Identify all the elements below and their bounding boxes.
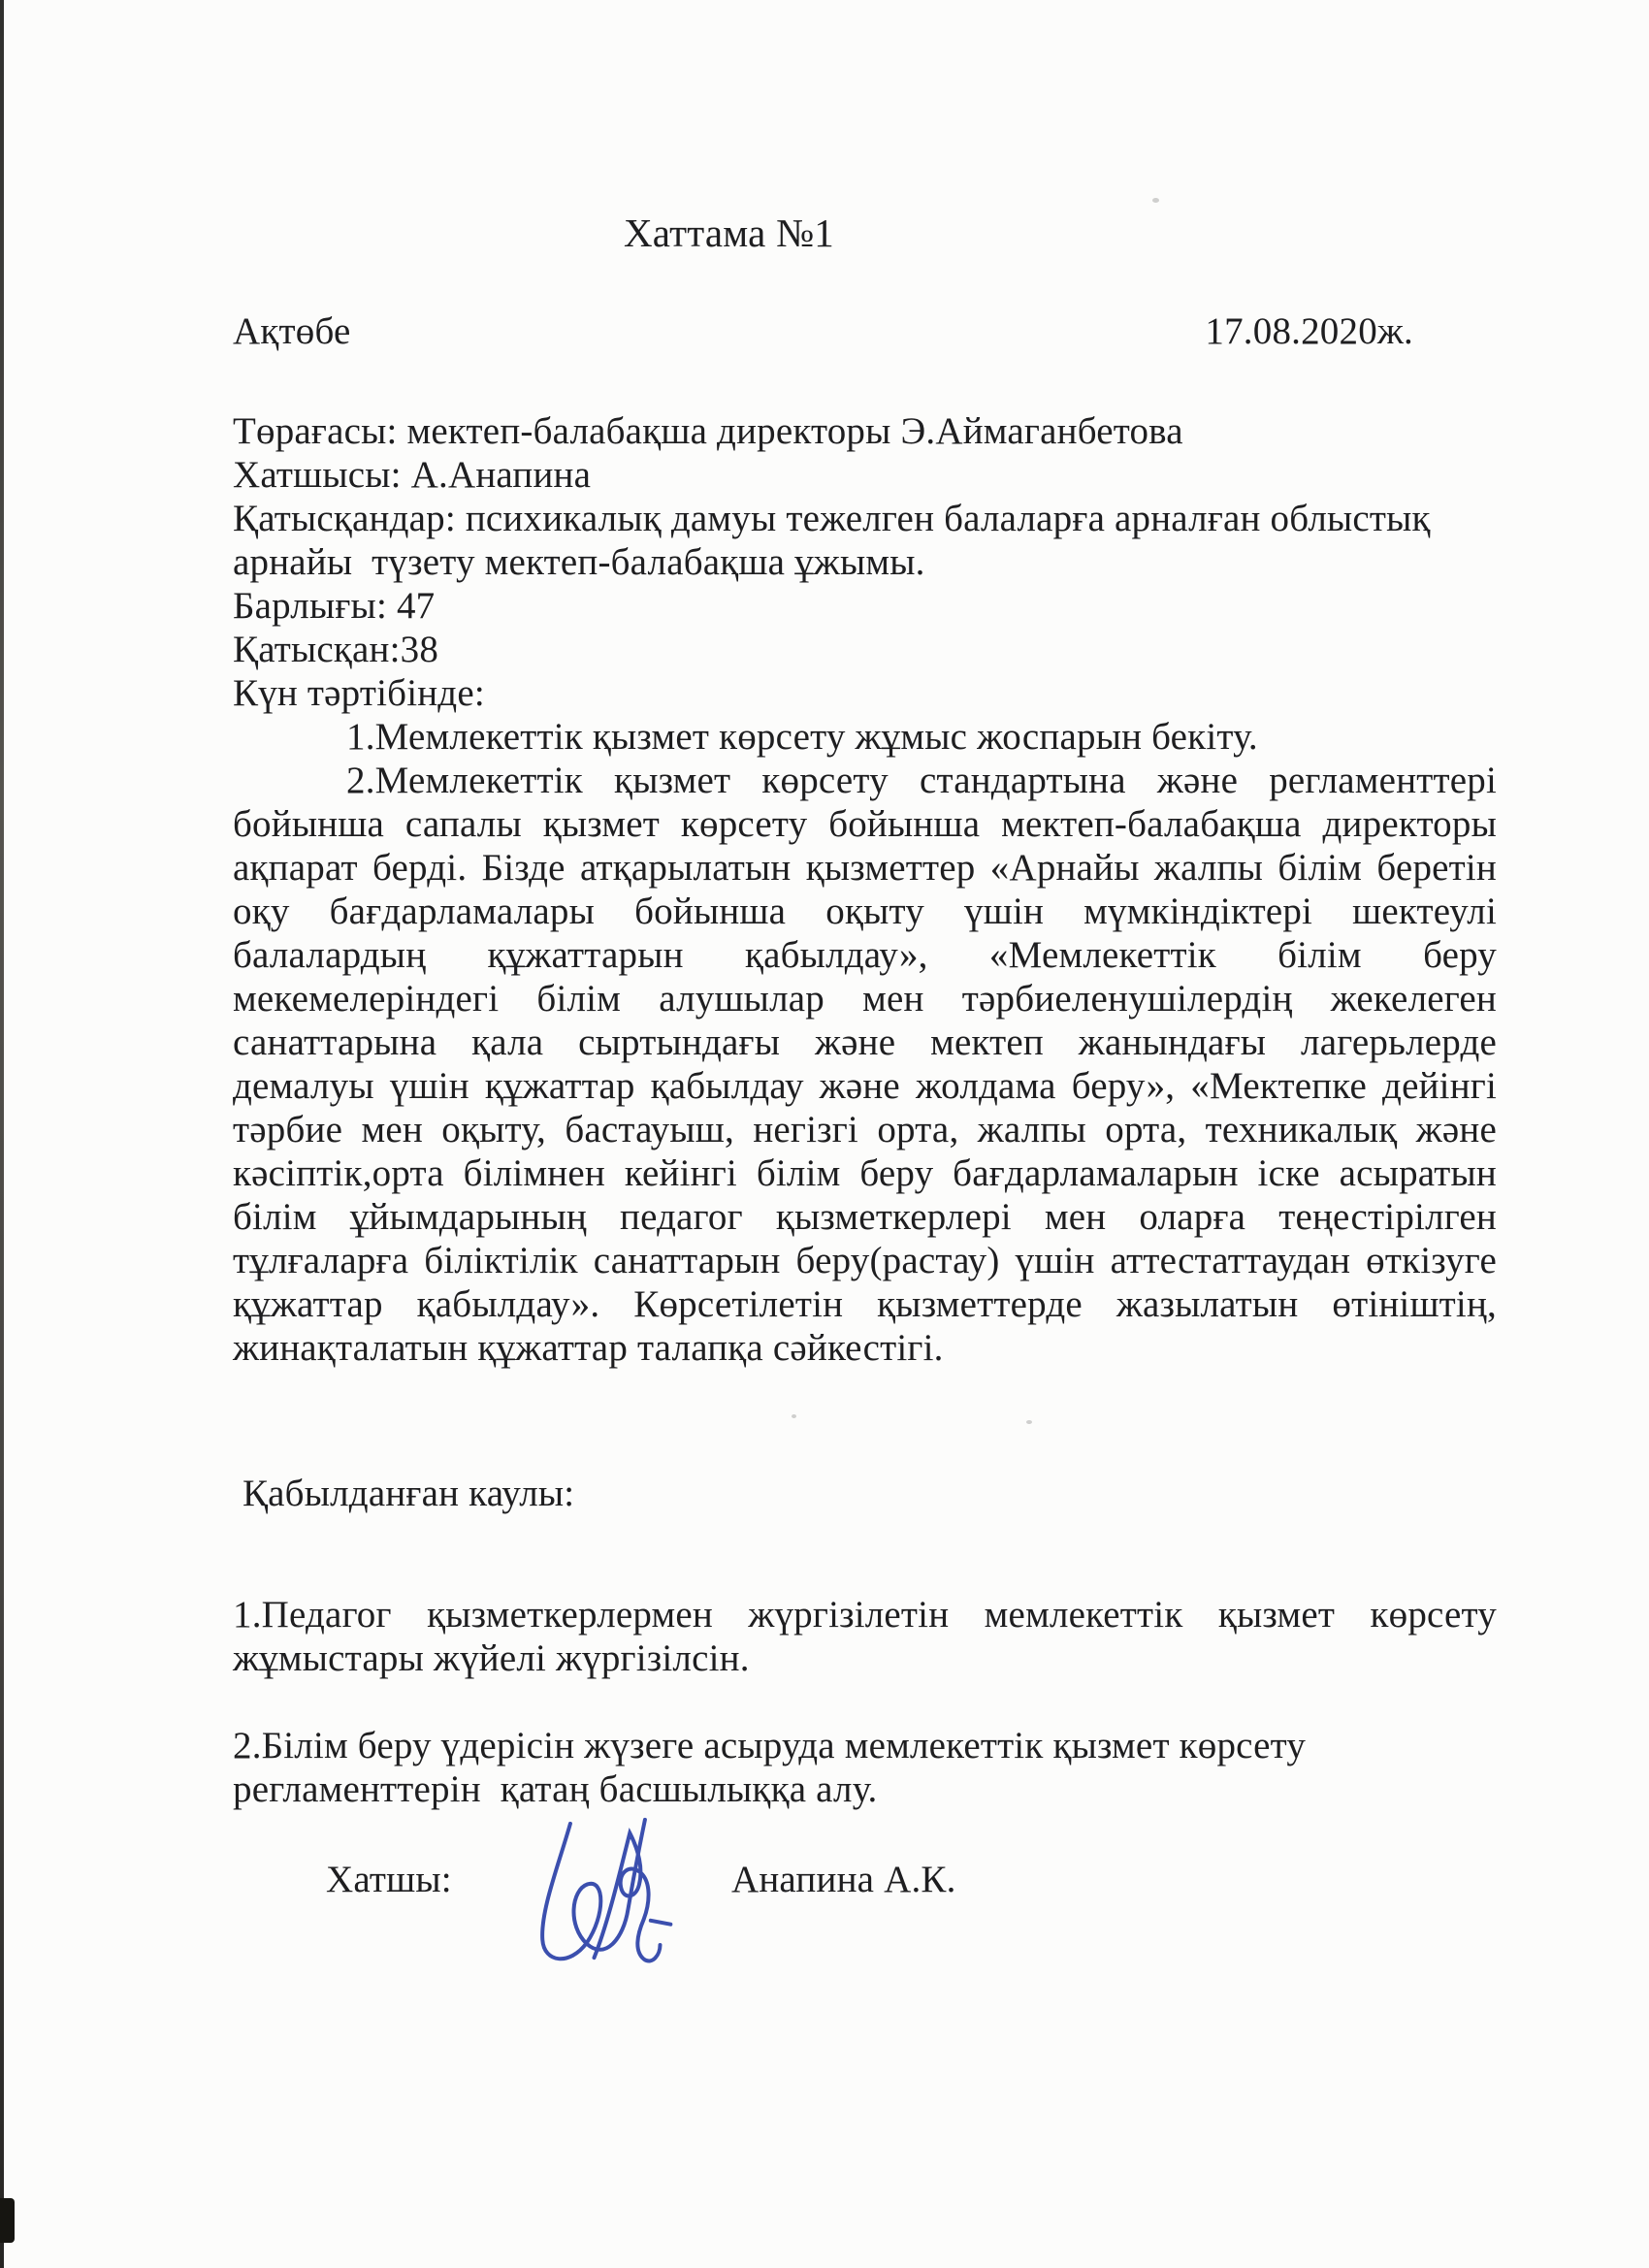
document-title: Хаттама №1 <box>233 210 1497 256</box>
city-date-row: Ақтөбе 17.08.2020ж. <box>233 309 1497 353</box>
document-content: Хаттама №1 Ақтөбе 17.08.2020ж. Төрағасы:… <box>233 0 1497 2042</box>
signature-ink <box>515 1799 688 1994</box>
total-count-line: Барлығы: 47 <box>233 584 1497 628</box>
secretary-line: Хатшысы: А.Анапина <box>233 453 1497 497</box>
city-label: Ақтөбе <box>233 309 351 353</box>
resolution-item-1: 1.Педагог қызметкерлермен жүргізілетін м… <box>233 1593 1497 1680</box>
participants-line-1: Қатысқандар: психикалық дамуы тежелген б… <box>233 497 1497 540</box>
chairman-line: Төрағасы: мектеп-балабақша директоры Э.А… <box>233 409 1497 453</box>
scan-corner-artifact <box>0 2198 15 2243</box>
agenda-item-2: 2.Мемлекеттік қызмет көрсету стандартына… <box>233 759 1497 1370</box>
agenda-item-1: 1.Мемлекеттік қызмет көрсету жұмыс жоспа… <box>233 715 1497 759</box>
scan-edge-artifact <box>0 0 4 2268</box>
attended-count-line: Қатысқан:38 <box>233 628 1497 671</box>
protocol-header-block: Төрағасы: мектеп-балабақша директоры Э.А… <box>233 409 1497 715</box>
date-label: 17.08.2020ж. <box>1205 309 1413 353</box>
agenda-heading: Күн тәртібінде: <box>233 671 1497 715</box>
resolution-item-2: 2.Білім беру үдерісін жүзеге асыруда мем… <box>233 1724 1497 1811</box>
secretary-signature-label: Хатшы: <box>326 1858 452 1901</box>
resolution-heading: Қабылданған каулы: <box>233 1472 1497 1515</box>
participants-line-2: арнайы түзету мектеп-балабақша ұжымы. <box>233 540 1497 584</box>
signature-row: Хатшы: Анапина А.К. <box>233 1858 1497 2042</box>
document-page: Хаттама №1 Ақтөбе 17.08.2020ж. Төрағасы:… <box>0 0 1649 2268</box>
secretary-name: Анапина А.К. <box>731 1858 956 1901</box>
